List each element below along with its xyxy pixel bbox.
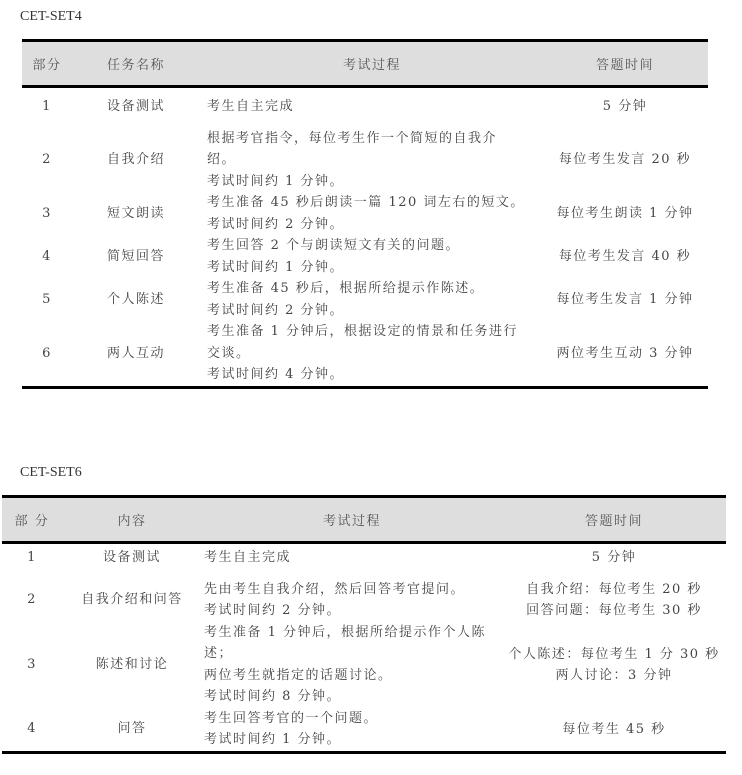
set6-header-part: 部 分 <box>2 497 62 543</box>
time-line: 5 分钟 <box>542 96 708 118</box>
time-line: 个人陈述：每位考生 1 分 30 秒 <box>502 644 726 666</box>
exam-process: 根据考官指令，每位考生作一个简短的自我介绍。考试时间约 1 分钟。 <box>202 128 542 193</box>
process-line: 考生准备 45 秒后，根据所给提示作陈述。 <box>207 278 542 300</box>
exam-process: 考生回答考官的一个问题。考试时间约 1 分钟。 <box>202 708 502 753</box>
process-line: 交谈。 <box>207 343 542 365</box>
process-line: 两位考生就指定的话题讨论。 <box>204 665 502 687</box>
table-row: 6两人互动考生准备 1 分钟后，根据设定的情景和任务进行交谈。考试时间约 4 分… <box>22 321 708 387</box>
exam-process: 考生准备 1 分钟后，根据设定的情景和任务进行交谈。考试时间约 4 分钟。 <box>202 321 542 387</box>
process-line: 根据考官指令，每位考生作一个简短的自我介 <box>207 128 542 150</box>
answer-time: 5 分钟 <box>502 543 726 579</box>
exam-process: 先由考生自我介绍，然后回答考官提问。考试时间约 2 分钟。 <box>202 579 502 622</box>
set6-title: CET-SET6 <box>20 465 82 481</box>
exam-process: 考生自主完成 <box>202 543 502 579</box>
task-name: 设备测试 <box>62 543 202 579</box>
process-line: 考试时间约 2 分钟。 <box>204 600 502 622</box>
table-row: 4简短回答考生回答 2 个与朗读短文有关的问题。考试时间约 1 分钟。每位考生发… <box>22 235 708 278</box>
exam-process: 考生准备 45 秒后，根据所给提示作陈述。考试时间约 2 分钟。 <box>202 278 542 321</box>
set4-header-row: 部分 任务名称 考试过程 答题时间 <box>22 41 708 87</box>
process-line: 考生回答 2 个与朗读短文有关的问题。 <box>207 235 542 257</box>
task-name: 设备测试 <box>72 87 202 128</box>
set6-header-row: 部 分 内容 考试过程 答题时间 <box>2 497 726 543</box>
part-number: 5 <box>22 278 72 321</box>
time-line: 5 分钟 <box>502 547 726 569</box>
task-name: 两人互动 <box>72 321 202 387</box>
process-line: 考试时间约 2 分钟。 <box>207 300 542 322</box>
table-row: 4问答考生回答考官的一个问题。考试时间约 1 分钟。每位考生 45 秒 <box>2 708 726 753</box>
time-line: 每位考生发言 1 分钟 <box>542 289 708 311</box>
set6-header-process: 考试过程 <box>202 497 502 543</box>
part-number: 3 <box>2 622 62 708</box>
answer-time: 个人陈述：每位考生 1 分 30 秒两人讨论：3 分钟 <box>502 622 726 708</box>
time-line: 自我介绍：每位考生 20 秒 <box>502 579 726 601</box>
process-line: 考试时间约 1 分钟。 <box>207 171 542 193</box>
time-line: 回答问题：每位考生 30 秒 <box>502 600 726 622</box>
task-name: 短文朗读 <box>72 192 202 235</box>
table-row: 5个人陈述考生准备 45 秒后，根据所给提示作陈述。考试时间约 2 分钟。每位考… <box>22 278 708 321</box>
answer-time: 自我介绍：每位考生 20 秒回答问题：每位考生 30 秒 <box>502 579 726 622</box>
process-line: 考生准备 45 秒后朗读一篇 120 词左右的短文。 <box>207 192 542 214</box>
answer-time: 每位考生发言 20 秒 <box>542 128 708 193</box>
set4-title: CET-SET4 <box>20 9 82 25</box>
task-name: 陈述和讨论 <box>62 622 202 708</box>
table-row: 3短文朗读考生准备 45 秒后朗读一篇 120 词左右的短文。考试时间约 2 分… <box>22 192 708 235</box>
process-line: 考试时间约 1 分钟。 <box>204 729 502 751</box>
task-name: 问答 <box>62 708 202 753</box>
time-line: 每位考生朗读 1 分钟 <box>542 203 708 225</box>
process-line: 先由考生自我介绍，然后回答考官提问。 <box>204 579 502 601</box>
time-line: 两人讨论：3 分钟 <box>502 665 726 687</box>
set4-table: 部分 任务名称 考试过程 答题时间 1设备测试考生自主完成5 分钟2自我介绍根据… <box>22 39 708 389</box>
process-line: 考试时间约 2 分钟。 <box>207 214 542 236</box>
time-line: 每位考生发言 40 秒 <box>542 246 708 268</box>
process-line: 考生准备 1 分钟后，根据所给提示作个人陈 <box>204 622 502 644</box>
exam-process: 考生回答 2 个与朗读短文有关的问题。考试时间约 1 分钟。 <box>202 235 542 278</box>
set4-header-time: 答题时间 <box>542 41 708 87</box>
table-row: 1设备测试考生自主完成5 分钟 <box>22 87 708 128</box>
process-line: 考生自主完成 <box>204 547 502 569</box>
table-row: 3陈述和讨论考生准备 1 分钟后，根据所给提示作个人陈述；两位考生就指定的话题讨… <box>2 622 726 708</box>
set4-header-task: 任务名称 <box>72 41 202 87</box>
process-line: 考试时间约 4 分钟。 <box>207 364 542 386</box>
answer-time: 每位考生朗读 1 分钟 <box>542 192 708 235</box>
part-number: 1 <box>22 87 72 128</box>
table-row: 2自我介绍根据考官指令，每位考生作一个简短的自我介绍。考试时间约 1 分钟。每位… <box>22 128 708 193</box>
set4-header-process: 考试过程 <box>202 41 542 87</box>
answer-time: 两位考生互动 3 分钟 <box>542 321 708 387</box>
exam-process: 考生准备 1 分钟后，根据所给提示作个人陈述；两位考生就指定的话题讨论。考试时间… <box>202 622 502 708</box>
process-line: 述； <box>204 643 502 665</box>
part-number: 3 <box>22 192 72 235</box>
table-row: 2自我介绍和问答先由考生自我介绍，然后回答考官提问。考试时间约 2 分钟。自我介… <box>2 579 726 622</box>
task-name: 个人陈述 <box>72 278 202 321</box>
process-line: 考生回答考官的一个问题。 <box>204 708 502 730</box>
part-number: 4 <box>22 235 72 278</box>
exam-process: 考生准备 45 秒后朗读一篇 120 词左右的短文。考试时间约 2 分钟。 <box>202 192 542 235</box>
part-number: 1 <box>2 543 62 579</box>
task-name: 简短回答 <box>72 235 202 278</box>
answer-time: 每位考生 45 秒 <box>502 708 726 753</box>
exam-process: 考生自主完成 <box>202 87 542 128</box>
process-line: 绍。 <box>207 149 542 171</box>
part-number: 2 <box>2 579 62 622</box>
set6-header-time: 答题时间 <box>502 497 726 543</box>
set6-header-content: 内容 <box>62 497 202 543</box>
process-line: 考生准备 1 分钟后，根据设定的情景和任务进行 <box>207 321 542 343</box>
set6-table: 部 分 内容 考试过程 答题时间 1设备测试考生自主完成5 分钟2自我介绍和问答… <box>2 495 726 754</box>
answer-time: 每位考生发言 40 秒 <box>542 235 708 278</box>
time-line: 两位考生互动 3 分钟 <box>542 343 708 365</box>
process-line: 考生自主完成 <box>207 96 542 118</box>
time-line: 每位考生 45 秒 <box>502 719 726 741</box>
table-row: 1设备测试考生自主完成5 分钟 <box>2 543 726 579</box>
part-number: 6 <box>22 321 72 387</box>
answer-time: 5 分钟 <box>542 87 708 128</box>
set4-header-part: 部分 <box>22 41 72 87</box>
time-line: 每位考生发言 20 秒 <box>542 149 708 171</box>
part-number: 4 <box>2 708 62 753</box>
task-name: 自我介绍 <box>72 128 202 193</box>
process-line: 考试时间约 1 分钟。 <box>207 257 542 279</box>
process-line: 考试时间约 8 分钟。 <box>204 686 502 708</box>
answer-time: 每位考生发言 1 分钟 <box>542 278 708 321</box>
task-name: 自我介绍和问答 <box>62 579 202 622</box>
part-number: 2 <box>22 128 72 193</box>
